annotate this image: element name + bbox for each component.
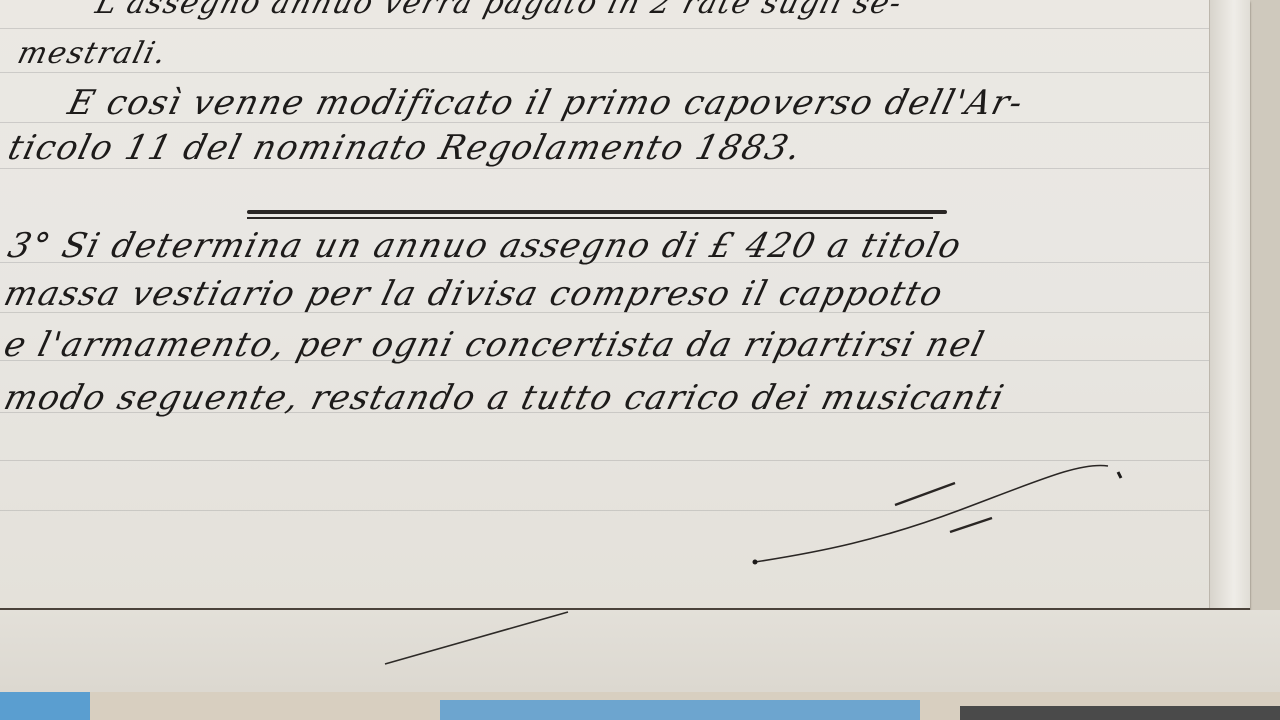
signature-flourish-icon <box>0 0 1280 720</box>
